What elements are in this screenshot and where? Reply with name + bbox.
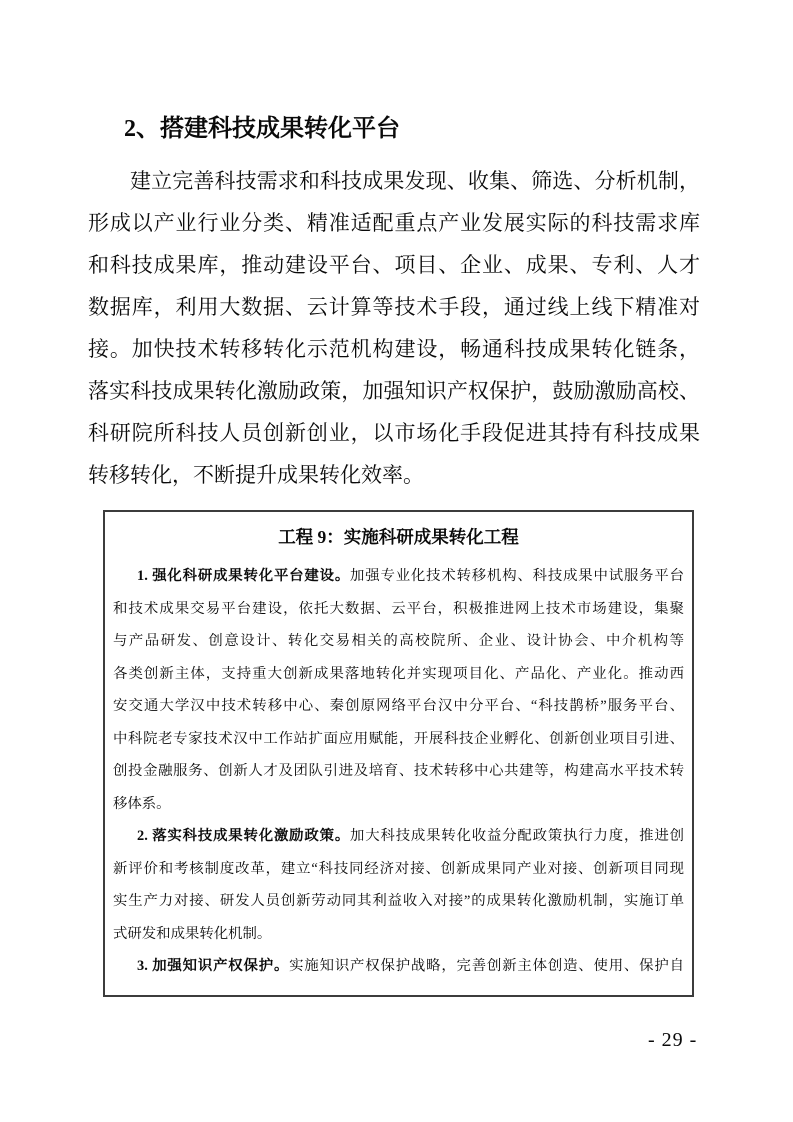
text-line: 新评价和考核制度改革，建立“科技同经济对接、创新成果同产业对接、创新项目同现 <box>113 853 684 886</box>
text-line: 1. 强化科研成果转化平台建设。加强专业化技术转移机构、科技成果中试服务平台 <box>113 560 684 593</box>
page-number: - 29 - <box>648 1029 697 1052</box>
box-item: 3. 加强知识产权保护。实施知识产权保护战略，完善创新主体创造、使用、保护自 <box>113 950 684 983</box>
text-line: 式研发和成果转化机制。 <box>113 918 684 951</box>
text-line: 数据库，利用大数据、云计算等技术手段，通过线上线下精准对 <box>88 286 700 328</box>
text-line: 与产品研发、创意设计、转化交易相关的高校院所、企业、设计协会、中介机构等 <box>113 625 684 658</box>
text-line: 接。加快技术转移转化示范机构建设，畅通科技成果转化链条， <box>88 328 700 370</box>
section-heading: 2、搭建科技成果转化平台 <box>88 106 700 152</box>
text-line: 移体系。 <box>113 788 684 821</box>
text-line: 各类创新主体，支持重大创新成果落地转化并实现项目化、产品化、产业化。推动西 <box>113 658 684 691</box>
item-lead-in: 2. 落实科技成果转化激励政策。 <box>137 828 350 844</box>
item-lead-in: 1. 强化科研成果转化平台建设。 <box>137 568 350 584</box>
document-page: 2、搭建科技成果转化平台 建立完善科技需求和科技成果发现、收集、筛选、分析机制，… <box>0 0 793 1122</box>
project-box: 工程 9：实施科研成果转化工程 1. 强化科研成果转化平台建设。加强专业化技术转… <box>103 510 694 997</box>
text-line: 实生产力对接、研发人员创新劳动同其利益收入对接”的成果转化激励机制，实施订单 <box>113 885 684 918</box>
body-paragraph: 建立完善科技需求和科技成果发现、收集、筛选、分析机制，形成以产业行业分类、精准适… <box>88 160 700 496</box>
text-line: 中科院老专家技术汉中工作站扩面应用赋能，开展科技企业孵化、创新创业项目引进、 <box>113 723 684 756</box>
text-line: 和技术成果交易平台建设，依托大数据、云平台，积极推进网上技术市场建设，集聚 <box>113 593 684 626</box>
text-line: 落实科技成果转化激励政策，加强知识产权保护，鼓励激励高校、 <box>88 370 700 412</box>
text-line: 和科技成果库，推动建设平台、项目、企业、成果、专利、人才 <box>88 244 700 286</box>
text-line: 创投金融服务、创新人才及团队引进及培育、技术转移中心共建等，构建高水平技术转 <box>113 755 684 788</box>
box-item: 1. 强化科研成果转化平台建设。加强专业化技术转移机构、科技成果中试服务平台和技… <box>113 560 684 820</box>
text-line: 3. 加强知识产权保护。实施知识产权保护战略，完善创新主体创造、使用、保护自 <box>113 950 684 983</box>
project-box-title: 工程 9：实施科研成果转化工程 <box>113 520 684 554</box>
text-line: 安交通大学汉中技术转移中心、秦创原网络平台汉中分平台、“科技鹊桥”服务平台、 <box>113 690 684 723</box>
text-line: 形成以产业行业分类、精准适配重点产业发展实际的科技需求库 <box>88 202 700 244</box>
item-lead-in: 3. 加强知识产权保护。 <box>137 958 289 974</box>
page-content: 2、搭建科技成果转化平台 建立完善科技需求和科技成果发现、收集、筛选、分析机制，… <box>88 106 700 997</box>
text-line: 建立完善科技需求和科技成果发现、收集、筛选、分析机制， <box>88 160 700 202</box>
text-line: 2. 落实科技成果转化激励政策。加大科技成果转化收益分配政策执行力度，推进创 <box>113 820 684 853</box>
text-line: 科研院所科技人员创新创业，以市场化手段促进其持有科技成果 <box>88 412 700 454</box>
box-item: 2. 落实科技成果转化激励政策。加大科技成果转化收益分配政策执行力度，推进创新评… <box>113 820 684 950</box>
text-line: 转移转化，不断提升成果转化效率。 <box>88 454 700 496</box>
project-box-items: 1. 强化科研成果转化平台建设。加强专业化技术转移机构、科技成果中试服务平台和技… <box>113 560 684 983</box>
